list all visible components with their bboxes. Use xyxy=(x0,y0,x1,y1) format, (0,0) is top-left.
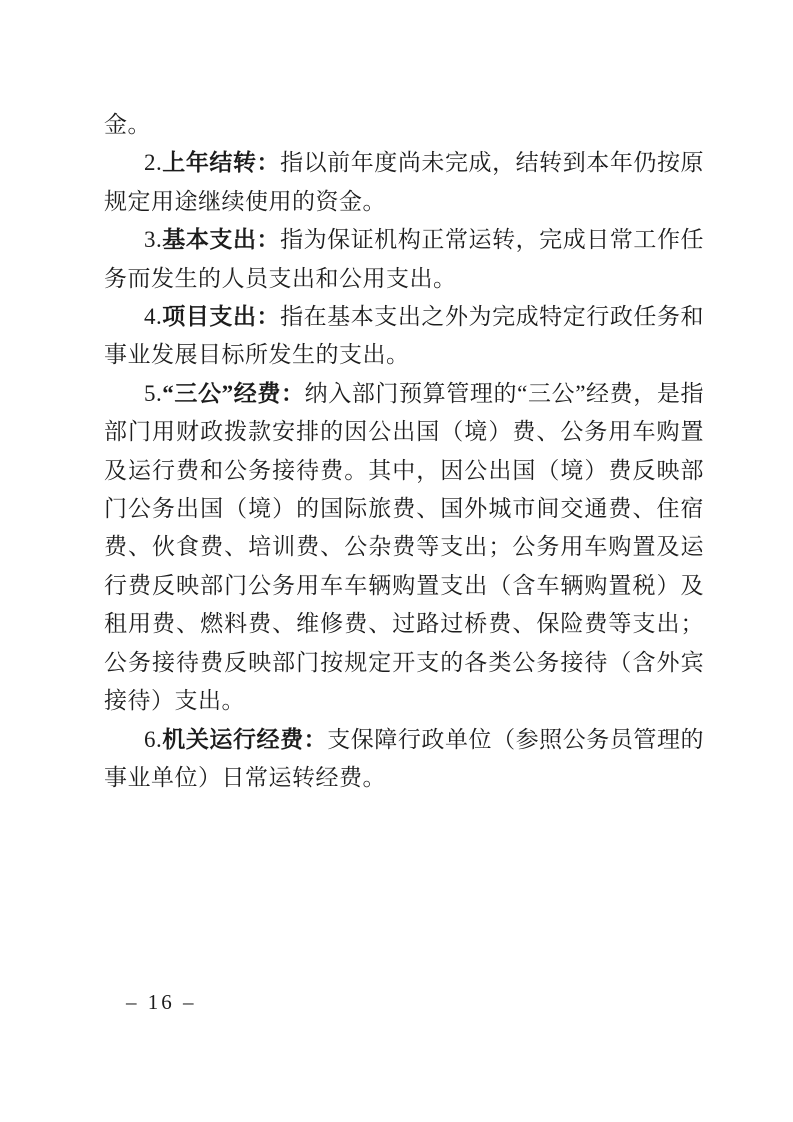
term-number: 6. xyxy=(144,727,162,752)
term-label: 基本支出： xyxy=(162,227,280,252)
term-number: 3. xyxy=(144,227,162,252)
definition-item-6: 6.机关运行经费：支保障行政单位（参照公务员管理的事业单位）日常运转经费。 xyxy=(104,721,704,798)
term-definition: 纳入部门预算管理的“三公”经费，是指部门用财政拨款安排的因公出国（境）费、公务用… xyxy=(104,381,704,713)
definition-item-5: 5.“三公”经费：纳入部门预算管理的“三公”经费，是指部门用财政拨款安排的因公出… xyxy=(104,375,704,721)
term-label: “三公”经费： xyxy=(162,381,304,406)
definition-item-3: 3.基本支出：指为保证机构正常运转，完成日常工作任务而发生的人员支出和公用支出。 xyxy=(104,221,704,298)
term-label: 机关运行经费： xyxy=(162,727,327,752)
term-number: 2. xyxy=(144,150,162,175)
document-body: 金。 2.上年结转：指以前年度尚未完成，结转到本年仍按原规定用途继续使用的资金。… xyxy=(104,106,704,797)
document-page: 金。 2.上年结转：指以前年度尚未完成，结转到本年仍按原规定用途继续使用的资金。… xyxy=(0,0,793,1122)
paragraph-continuation: 金。 xyxy=(104,106,704,144)
term-label: 上年结转： xyxy=(162,150,280,175)
term-number: 5. xyxy=(144,381,162,406)
page-number: – 16 – xyxy=(126,990,197,1015)
term-label: 项目支出： xyxy=(162,304,280,329)
definition-item-4: 4.项目支出：指在基本支出之外为完成特定行政任务和事业发展目标所发生的支出。 xyxy=(104,298,704,375)
definition-item-2: 2.上年结转：指以前年度尚未完成，结转到本年仍按原规定用途继续使用的资金。 xyxy=(104,144,704,221)
term-number: 4. xyxy=(144,304,162,329)
